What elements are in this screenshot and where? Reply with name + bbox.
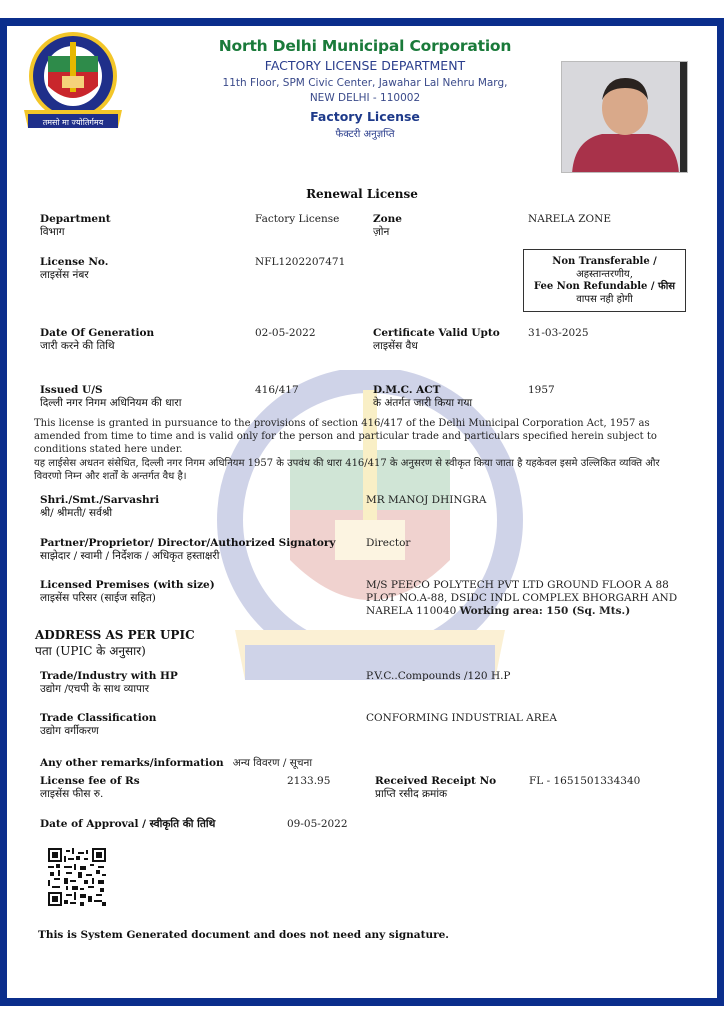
document-type: Factory License <box>200 109 530 124</box>
address-line-2: NEW DELHI - 110002 <box>200 92 530 104</box>
receipt-label-hindi: प्राप्ति रसीद क्रमांक <box>375 788 496 801</box>
premises-label-group: Licensed Premises (with size) लाइसेंस पर… <box>40 579 215 605</box>
receipt-label: Received Receipt No <box>375 775 496 788</box>
approval-label: Date of Approval / स्वीकृति की तिथि <box>40 818 215 831</box>
license-terms-hindi: यह लाईसेस अधतन संसेधित, दिल्ली नगर निगम … <box>34 457 684 483</box>
zone-label: Zone <box>373 213 402 226</box>
trade-label-group: Trade/Industry with HP उद्योग /एचपी के स… <box>40 670 178 696</box>
premises-working-area: Working area: 150 (Sq. Mts.) <box>460 605 631 617</box>
premises-value-group: M/S PEECO POLYTECH PVT LTD GROUND FLOOR … <box>366 579 681 618</box>
name-label-group: Shri./Smt./Sarvashri श्री/ श्रीमती/ सर्व… <box>40 494 159 520</box>
classification-value: CONFORMING INDUSTRIAL AREA <box>366 712 557 725</box>
license-no-label-hindi: लाइसेंस नंबर <box>40 269 108 282</box>
address-line-1: 11th Floor, SPM Civic Center, Jawahar La… <box>190 77 540 89</box>
date-generation-label-hindi: जारी करने की तिथि <box>40 340 154 353</box>
licensee-photo <box>561 61 688 173</box>
trade-label-hindi: उद्योग /एचपी के साथ व्यापार <box>40 683 178 696</box>
license-title: Renewal License <box>0 187 724 201</box>
person-photo-icon <box>562 62 688 173</box>
dmc-act-label-group: D.M.C. ACT के अंतर्गत जारी किया गया <box>373 384 472 410</box>
date-generation-label-group: Date Of Generation जारी करने की तिथि <box>40 327 154 353</box>
license-no-label: License No. <box>40 256 108 269</box>
remarks-label-hindi: अन्य विवरण / सूचना <box>233 757 312 769</box>
non-transferable-notice: Non Transferable / अहस्तान्तरणीय, Fee No… <box>523 249 686 312</box>
classification-label: Trade Classification <box>40 712 156 725</box>
remarks-label: Any other remarks/information <box>40 757 224 769</box>
valid-upto-label-hindi: लाइसेंस वैध <box>373 340 500 353</box>
valid-upto-label: Certificate Valid Upto <box>373 327 500 340</box>
dmc-act-value: 1957 <box>528 384 555 397</box>
dmc-act-label-hindi: के अंतर्गत जारी किया गया <box>373 397 472 410</box>
receipt-value: FL - 1651501334340 <box>529 775 640 788</box>
issued-us-label-hindi: दिल्ली नगर निगम अधिनियम की धारा <box>40 397 181 410</box>
valid-upto-value: 31-03-2025 <box>528 327 589 340</box>
fee-label-hindi: लाइसेंस फीस रु. <box>40 788 140 801</box>
license-no-value: NFL1202207471 <box>255 256 345 269</box>
trade-label: Trade/Industry with HP <box>40 670 178 683</box>
name-label-hindi: श्री/ श्रीमती/ सर्वश्री <box>40 507 159 520</box>
premises-label-hindi: लाइसेंस परिसर (साईज सहित) <box>40 592 215 605</box>
zone-label-group: Zone ज़ोन <box>373 213 402 239</box>
valid-upto-label-group: Certificate Valid Upto लाइसेंस वैध <box>373 327 500 353</box>
notice-line-4: वापस नही होगी <box>524 294 685 307</box>
classification-label-hindi: उद्योग वर्गीकरण <box>40 725 156 738</box>
date-generation-value: 02-05-2022 <box>255 327 316 340</box>
department-label-hindi: विभाग <box>40 226 111 239</box>
date-generation-label: Date Of Generation <box>40 327 154 340</box>
license-no-label-group: License No. लाइसेंस नंबर <box>40 256 108 282</box>
fee-value: 2133.95 <box>287 775 330 788</box>
organization-name: North Delhi Municipal Corporation <box>200 37 530 55</box>
document-type-hindi: फैक्टरी अनुज्ञप्ति <box>200 126 530 140</box>
upic-address-heading: ADDRESS AS PER UPIC पता (UPIC के अनुसार) <box>35 627 195 659</box>
role-label-hindi: साझेदार / स्वामी / निर्देशक / अधिकृत हस्… <box>40 550 336 563</box>
department-label-group: Department विभाग <box>40 213 111 239</box>
role-label: Partner/Proprietor/ Director/Authorized … <box>40 537 336 550</box>
name-value: MR MANOJ DHINGRA <box>366 494 486 507</box>
system-generated-note: This is System Generated document and do… <box>38 929 449 941</box>
premises-label: Licensed Premises (with size) <box>40 579 215 592</box>
name-label: Shri./Smt./Sarvashri <box>40 494 159 507</box>
department-label: Department <box>40 213 111 226</box>
zone-value: NARELA ZONE <box>528 213 611 226</box>
svg-text:तमसो मा ज्योतिर्गमय: तमसो मा ज्योतिर्गमय <box>43 117 104 127</box>
department-value: Factory License <box>255 213 339 226</box>
approval-value: 09-05-2022 <box>287 818 348 831</box>
fee-label-group: License fee of Rs लाइसेंस फीस रु. <box>40 775 140 801</box>
role-value: Director <box>366 537 410 550</box>
issued-us-value: 416/417 <box>255 384 299 397</box>
dmc-act-label: D.M.C. ACT <box>373 384 472 397</box>
qr-code-icon[interactable] <box>48 848 106 906</box>
notice-line-3: Fee Non Refundable / फीस <box>524 281 685 294</box>
receipt-label-group: Received Receipt No प्राप्ति रसीद क्रमां… <box>375 775 496 801</box>
issued-us-label-group: Issued U/S दिल्ली नगर निगम अधिनियम की धा… <box>40 384 181 410</box>
fee-label: License fee of Rs <box>40 775 140 788</box>
classification-label-group: Trade Classification उद्योग वर्गीकरण <box>40 712 156 738</box>
notice-line-2: अहस्तान्तरणीय, <box>524 269 685 282</box>
notice-line-1: Non Transferable / <box>524 256 685 269</box>
role-label-group: Partner/Proprietor/ Director/Authorized … <box>40 537 336 563</box>
license-terms-english: This license is granted in pursuance to … <box>34 417 684 456</box>
issued-us-label: Issued U/S <box>40 384 181 397</box>
remarks-label-group: Any other remarks/information अन्य विवरण… <box>40 751 312 770</box>
ndmc-logo: तमसो मा ज्योतिर्गमय <box>22 28 124 140</box>
upic-address-title-hindi: पता (UPIC के अनुसार) <box>35 644 146 658</box>
upic-address-title: ADDRESS AS PER UPIC <box>35 627 195 643</box>
department-name: FACTORY LICENSE DEPARTMENT <box>200 58 530 73</box>
trade-value: P.V.C..Compounds /120 H.P <box>366 670 511 683</box>
zone-label-hindi: ज़ोन <box>373 226 402 239</box>
